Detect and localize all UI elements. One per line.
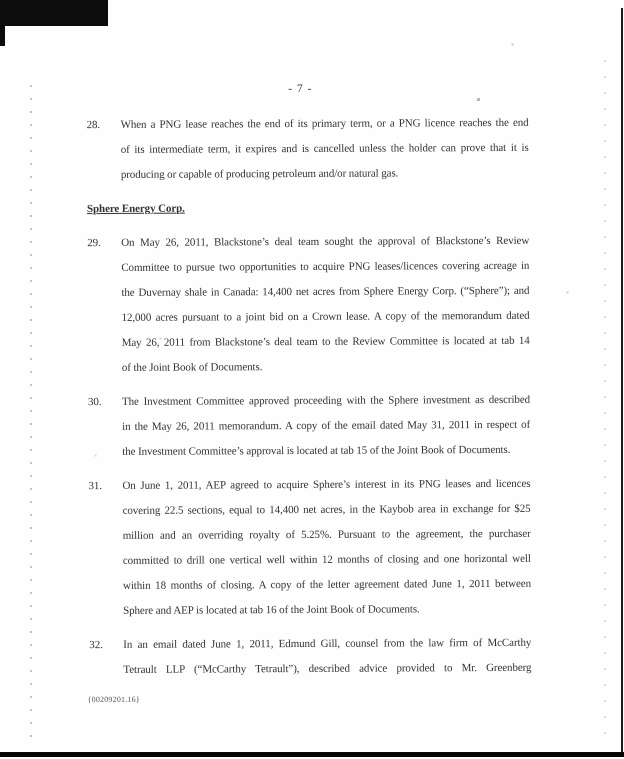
- paragraph: 31.On June 1, 2011, AEP agreed to acquir…: [88, 472, 531, 624]
- paragraph: 28.When a PNG lease reaches the end of i…: [86, 111, 528, 188]
- paragraph-lines: When a PNG lease reaches the end of its …: [120, 111, 528, 188]
- photocopy-corner-strip: [0, 0, 5, 46]
- paragraph-line: million and an overriding royalty of 5.2…: [123, 522, 531, 549]
- paragraph-lines: On June 1, 2011, AEP agreed to acquire S…: [122, 472, 531, 624]
- section-heading: Sphere Energy Corp.: [87, 195, 529, 222]
- paragraph-number: 30.: [88, 390, 122, 465]
- paragraph-line: committed to drill one vertical well wit…: [123, 547, 531, 574]
- paragraph-line: the Duvernay shale in Canada: 14,400 net…: [121, 279, 529, 306]
- paragraph: 30.The Investment Committee approved pro…: [88, 388, 530, 465]
- paragraph-line: Tetrault LLP (“McCarthy Tetrault”), desc…: [123, 656, 531, 683]
- paragraph-line: producing or capable of producing petrol…: [121, 161, 529, 188]
- paragraph-lines: On May 26, 2011, Blackstone’s deal team …: [121, 229, 530, 381]
- paragraph-line: 12,000 acres pursuant to a joint bid on …: [122, 304, 530, 331]
- paragraph-line: On June 1, 2011, AEP agreed to acquire S…: [122, 472, 530, 499]
- bottom-edge-scan-bar: [0, 752, 624, 757]
- paragraph: 29.On May 26, 2011, Blackstone’s deal te…: [87, 229, 530, 381]
- document-id-footer: {00209201.16}: [88, 695, 140, 704]
- paragraph-line: of the Joint Book of Documents.: [122, 354, 530, 381]
- paragraph-line: in the May 26, 2011 memorandum. A copy o…: [122, 413, 530, 440]
- paragraph: 32.In an email dated June 1, 2011, Edmun…: [89, 631, 531, 683]
- paragraph-number: 28.: [86, 113, 120, 188]
- paragraph-number: 29.: [87, 231, 122, 381]
- paragraph-line: Sphere and AEP is located at tab 16 of t…: [123, 597, 531, 624]
- paragraph-line: On May 26, 2011, Blackstone’s deal team …: [121, 229, 529, 256]
- paragraph-line: the Investment Committee’s approval is l…: [122, 438, 530, 465]
- left-margin-binding-dots: [30, 85, 32, 745]
- paragraph-lines: The Investment Committee approved procee…: [122, 388, 530, 465]
- paragraph-line: covering 22.5 sections, equal to 14,400 …: [123, 497, 531, 524]
- paragraph-line: within 18 months of closing. A copy of t…: [123, 572, 531, 599]
- page-number: - 7 -: [0, 81, 602, 96]
- paragraph-line: of its intermediate term, it expires and…: [121, 136, 529, 163]
- paragraph-line: In an email dated June 1, 2011, Edmund G…: [123, 631, 531, 658]
- document-page: - 7 - 28.When a PNG lease reaches the en…: [0, 0, 624, 759]
- paragraph-line: May 26, 2011 from Blackstone’s deal team…: [122, 329, 530, 356]
- scan-speckles: [0, 0, 1, 1]
- scanned-page-body: - 7 - 28.When a PNG lease reaches the en…: [0, 0, 624, 759]
- right-edge-scan-line: [621, 8, 623, 754]
- paragraph-line: When a PNG lease reaches the end of its …: [120, 111, 528, 138]
- paragraph-number: 31.: [88, 474, 123, 624]
- photocopy-corner-mark: [0, 0, 108, 26]
- paragraph-line: The Investment Committee approved procee…: [122, 388, 530, 415]
- paragraph-lines: In an email dated June 1, 2011, Edmund G…: [123, 631, 531, 683]
- paragraph-line: Committee to pursue two opportunities to…: [121, 254, 529, 281]
- right-margin-binding-dots: [604, 60, 606, 740]
- document-body: 28.When a PNG lease reaches the end of i…: [86, 111, 531, 692]
- paragraph-number: 32.: [89, 633, 123, 683]
